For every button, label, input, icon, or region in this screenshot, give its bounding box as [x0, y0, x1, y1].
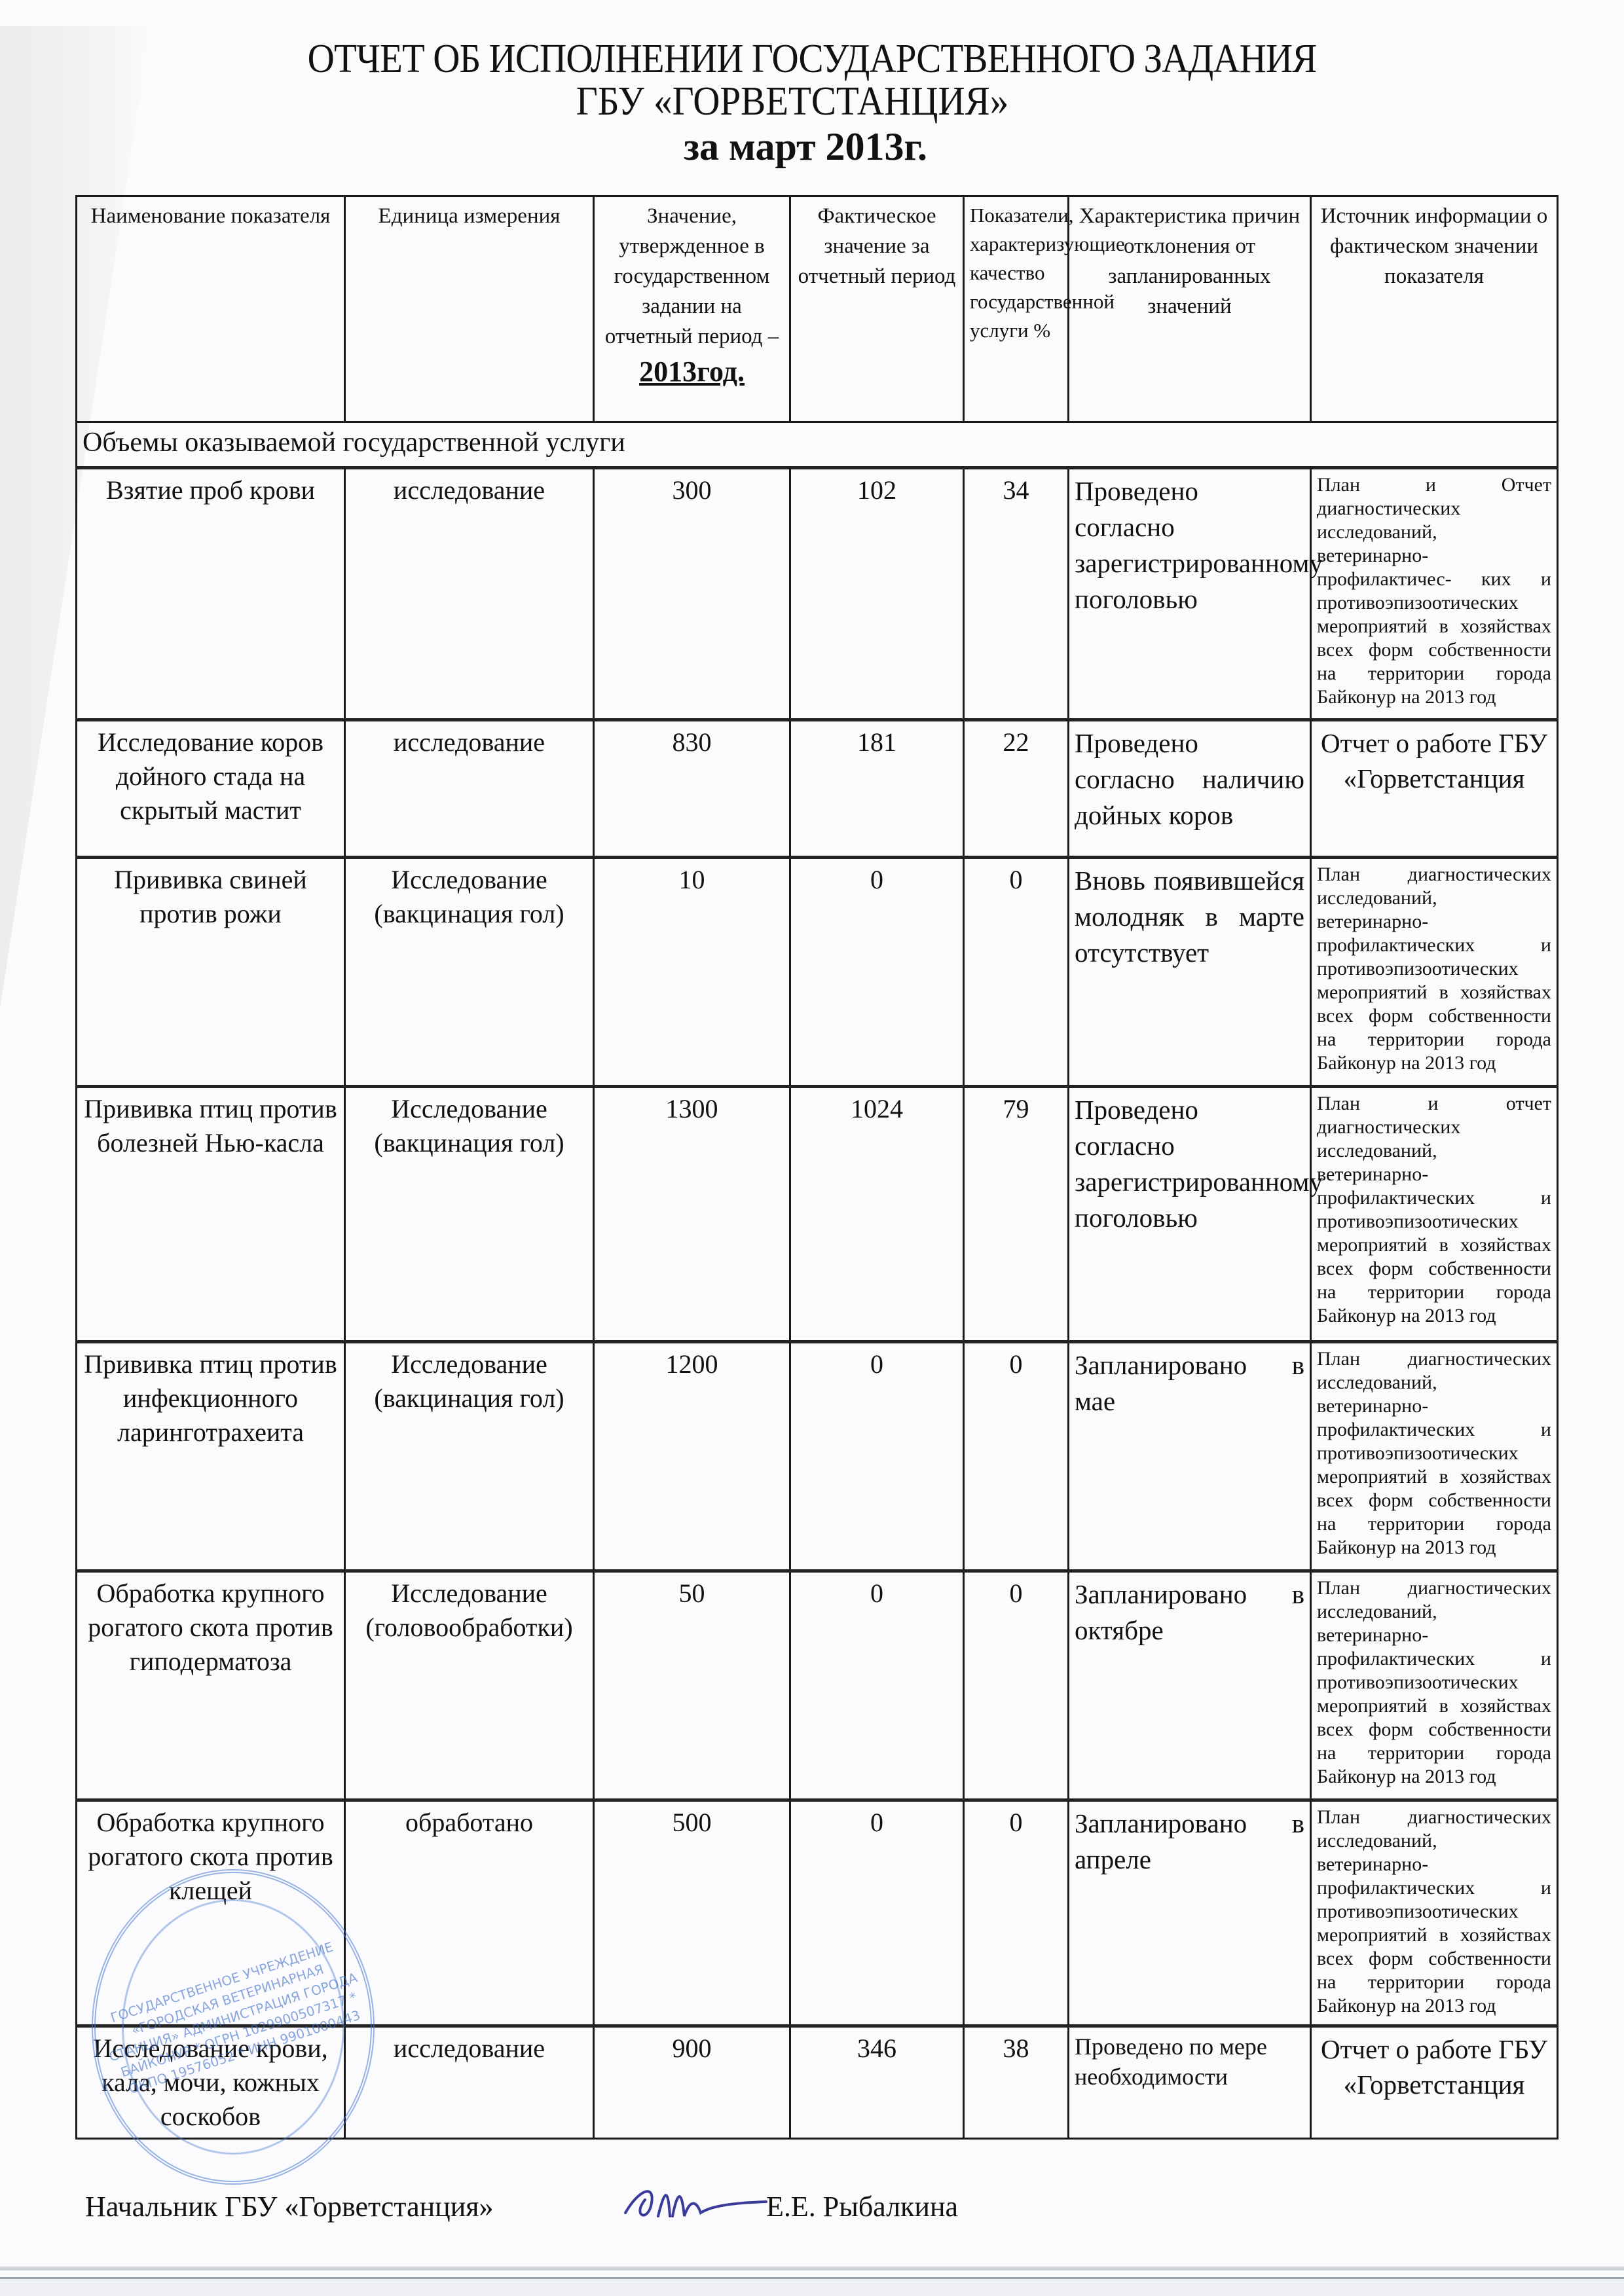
page-edge — [0, 2267, 1624, 2270]
indicator-name: Обработка крупного рогатого скота против… — [77, 1571, 345, 1800]
table-row: Прививка птиц против болезней Нью-каслаИ… — [77, 1087, 1558, 1342]
information-source: План и Отчет диагностических исследовани… — [1311, 468, 1558, 720]
unit-of-measure: Исследование (вакцинация гол) — [345, 1342, 594, 1571]
header-planned: Значение, утвержденное в государственном… — [594, 196, 790, 422]
table-row: Прививка птиц против инфекционного ларин… — [77, 1342, 1558, 1571]
indicator-name: Прививка птиц против инфекционного ларин… — [77, 1342, 345, 1571]
deviation-reason: Вновь появившейся молодняк в марте отсут… — [1069, 858, 1311, 1087]
unit-of-measure: Исследование (вакцинация гол) — [345, 1087, 594, 1342]
deviation-reason: Проведено по мере необходимости — [1069, 2026, 1311, 2139]
header-source: Источник информации о фактическом значен… — [1311, 196, 1558, 422]
quality-percent: 0 — [964, 1571, 1069, 1800]
header-planned-text: Значение, утвержденное в государственном… — [605, 204, 779, 348]
actual-value: 102 — [790, 468, 964, 720]
planned-value: 1300 — [594, 1087, 790, 1342]
header-unit: Единица измерения — [345, 196, 594, 422]
deviation-reason: Запланировано в апреле — [1069, 1800, 1311, 2026]
information-source: Отчет о работе ГБУ «Горветстанция — [1311, 720, 1558, 858]
unit-of-measure: исследование — [345, 2026, 594, 2139]
actual-value: 1024 — [790, 1087, 964, 1342]
table-row: Исследование крови, кала, мочи, кожных с… — [77, 2026, 1558, 2139]
quality-percent: 79 — [964, 1087, 1069, 1342]
actual-value: 0 — [790, 1342, 964, 1571]
handwritten-signature-icon — [619, 2177, 769, 2229]
indicator-name: Обработка крупного рогатого скота против… — [77, 1800, 345, 2026]
unit-of-measure: Исследование (вакцинация гол) — [345, 858, 594, 1087]
information-source: План диагностических исследований, ветер… — [1311, 1342, 1558, 1571]
indicator-name: Прививка свиней против рожи — [77, 858, 345, 1087]
table-row: Взятие проб кровиисследование30010234Про… — [77, 468, 1558, 720]
unit-of-measure: исследование — [345, 468, 594, 720]
report-period: за март 2013г. — [0, 124, 1617, 170]
table-row: Обработка крупного рогатого скота против… — [77, 1571, 1558, 1800]
quality-percent: 38 — [964, 2026, 1069, 2139]
header-quality: Показатели, характеризующие качество гос… — [964, 196, 1069, 422]
table-row: Обработка крупного рогатого скота против… — [77, 1800, 1558, 2026]
planned-value: 50 — [594, 1571, 790, 1800]
actual-value: 0 — [790, 858, 964, 1087]
information-source: План и отчет диагностических исследовани… — [1311, 1087, 1558, 1342]
planned-value: 1200 — [594, 1342, 790, 1571]
information-source: План диагностических исследований, ветер… — [1311, 1800, 1558, 2026]
actual-value: 181 — [790, 720, 964, 858]
indicator-name: Прививка птиц против болезней Нью-касла — [77, 1087, 345, 1342]
actual-value: 346 — [790, 2026, 964, 2139]
deviation-reason: Проведено согласно зарегистрированному п… — [1069, 468, 1311, 720]
information-source: План диагностических исследований, ветер… — [1311, 1571, 1558, 1800]
section-label: Объемы оказываемой государственной услуг… — [77, 422, 1558, 468]
quality-percent: 34 — [964, 468, 1069, 720]
actual-value: 0 — [790, 1800, 964, 2026]
information-source: Отчет о работе ГБУ «Горветстанция — [1311, 2026, 1558, 2139]
planned-value: 830 — [594, 720, 790, 858]
deviation-reason: Запланировано в мае — [1069, 1342, 1311, 1571]
report-title: ОТЧЕТ ОБ ИСПОЛНЕНИИ ГОСУДАРСТВЕННОГО ЗАД… — [65, 36, 1559, 82]
indicator-name: Исследование коров дойного стада на скры… — [77, 720, 345, 858]
header-name: Наименование показателя — [77, 196, 345, 422]
page-edge-under — [0, 2277, 1624, 2296]
header-planned-year: 2013год. — [600, 357, 784, 387]
unit-of-measure: исследование — [345, 720, 594, 858]
indicator-name: Исследование крови, кала, мочи, кожных с… — [77, 2026, 345, 2139]
actual-value: 0 — [790, 1571, 964, 1800]
unit-of-measure: обработано — [345, 1800, 594, 2026]
deviation-reason: Проведено согласно зарегистрированному п… — [1069, 1087, 1311, 1342]
signatory-position: Начальник ГБУ «Горветстанция» — [85, 2190, 493, 2223]
header-actual: Фактическое значение за отчетный период — [790, 196, 964, 422]
report-table: Наименование показателя Единица измерени… — [75, 195, 1559, 2140]
table-row: Исследование коров дойного стада на скры… — [77, 720, 1558, 858]
deviation-reason: Запланировано в октябре — [1069, 1571, 1311, 1800]
quality-percent: 0 — [964, 1800, 1069, 2026]
planned-value: 10 — [594, 858, 790, 1087]
information-source: План диагностических исследований, ветер… — [1311, 858, 1558, 1087]
signatory-name: Е.Е. Рыбалкина — [766, 2190, 958, 2223]
organization-name: ГБУ «ГОРВЕТСТАНЦИЯ» — [45, 79, 1540, 125]
planned-value: 300 — [594, 468, 790, 720]
unit-of-measure: Исследование (головообработки) — [345, 1571, 594, 1800]
planned-value: 500 — [594, 1800, 790, 2026]
table-row: Прививка свиней против рожиИсследование … — [77, 858, 1558, 1087]
quality-percent: 22 — [964, 720, 1069, 858]
quality-percent: 0 — [964, 1342, 1069, 1571]
quality-percent: 0 — [964, 858, 1069, 1087]
planned-value: 900 — [594, 2026, 790, 2139]
deviation-reason: Проведено согласно наличию дойных коров — [1069, 720, 1311, 858]
indicator-name: Взятие проб крови — [77, 468, 345, 720]
